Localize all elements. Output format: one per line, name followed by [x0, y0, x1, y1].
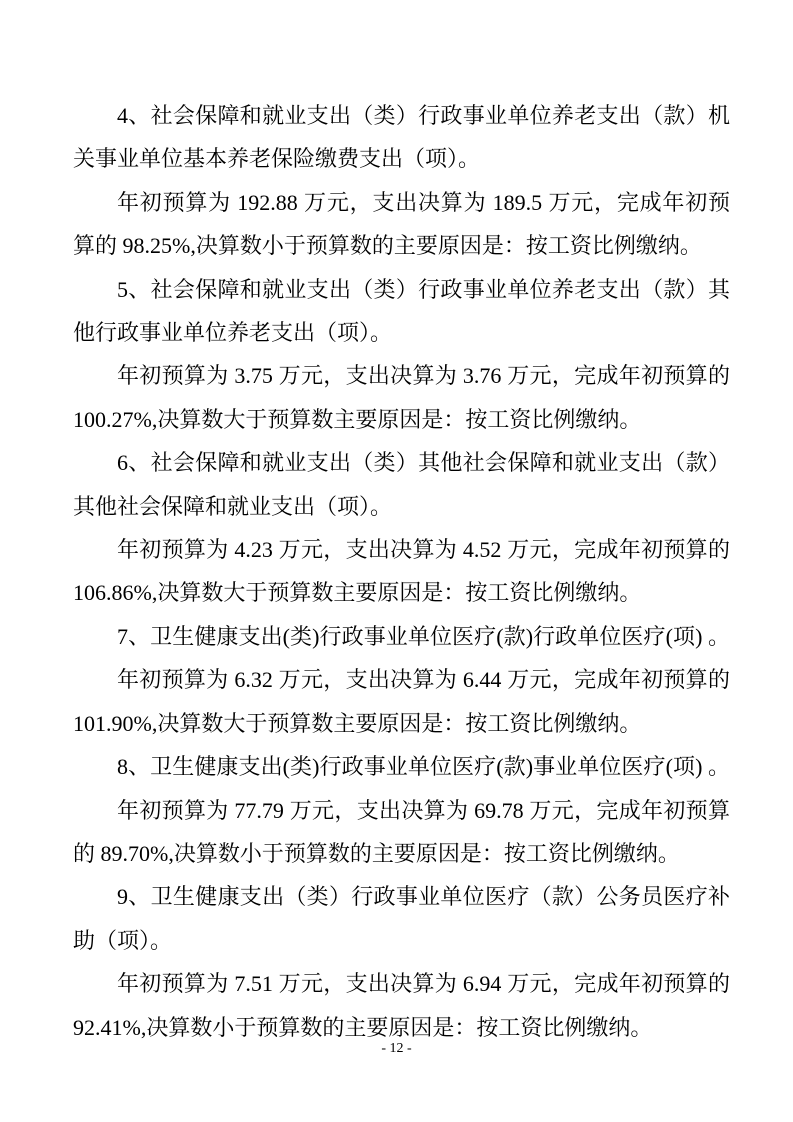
item-7-budget-detail: 年初预算为 6.32 万元，支出决算为 6.44 万元，完成年初预算的 101.… — [73, 658, 730, 745]
item-5-budget-detail: 年初预算为 3.75 万元，支出决算为 3.76 万元，完成年初预算的 100.… — [73, 354, 730, 441]
item-9-budget-detail: 年初预算为 7.51 万元，支出决算为 6.94 万元，完成年初预算的 92.4… — [73, 962, 730, 1049]
document-page: 4、社会保障和就业支出（类）行政事业单位养老支出（款）机关事业单位基本养老保险缴… — [0, 0, 793, 1122]
item-8-heading: 8、卫生健康支出(类)行政事业单位医疗(款)事业单位医疗(项) 。 — [73, 745, 730, 788]
item-6-heading: 6、社会保障和就业支出（类）其他社会保障和就业支出（款）其他社会保障和就业支出（… — [73, 441, 730, 528]
item-5-heading: 5、社会保障和就业支出（类）行政事业单位养老支出（款）其他行政事业单位养老支出（… — [73, 268, 730, 355]
item-6-budget-detail: 年初预算为 4.23 万元，支出决算为 4.52 万元，完成年初预算的 106.… — [73, 528, 730, 615]
document-body: 4、社会保障和就业支出（类）行政事业单位养老支出（款）机关事业单位基本养老保险缴… — [73, 94, 730, 1049]
item-8-budget-detail: 年初预算为 77.79 万元，支出决算为 69.78 万元，完成年初预算的 89… — [73, 789, 730, 876]
page-number: - 12 - — [0, 1040, 793, 1058]
item-9-heading: 9、卫生健康支出（类）行政事业单位医疗（款）公务员医疗补助（项）。 — [73, 875, 730, 962]
item-4-budget-detail: 年初预算为 192.88 万元，支出决算为 189.5 万元，完成年初预算的 9… — [73, 181, 730, 268]
item-4-heading: 4、社会保障和就业支出（类）行政事业单位养老支出（款）机关事业单位基本养老保险缴… — [73, 94, 730, 181]
item-7-heading: 7、卫生健康支出(类)行政事业单位医疗(款)行政单位医疗(项) 。 — [73, 615, 730, 658]
